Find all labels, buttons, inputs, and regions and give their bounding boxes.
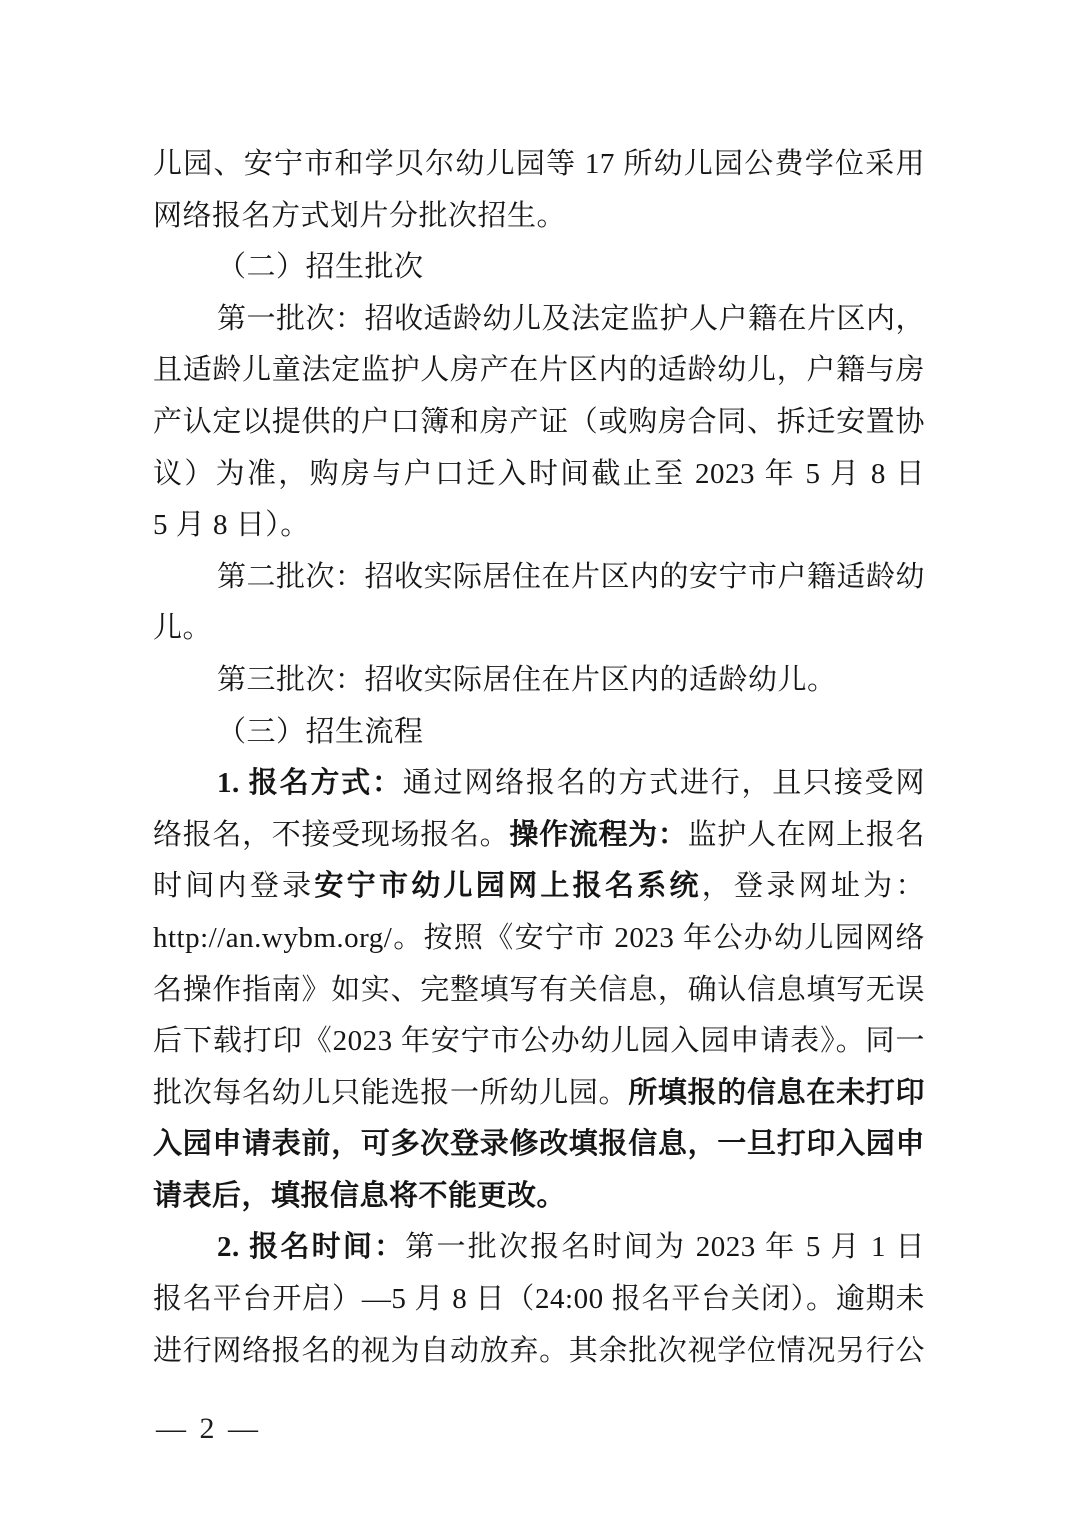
text-line: 网络报名方式划片分批次招生。 — [153, 191, 925, 243]
bold-text-run: 入园申请表前，可多次登录修改填报信息，一旦打印入园申 — [153, 1128, 925, 1160]
text-line: 进行网络报名的视为自动放弃。其余批次视学位情况另行公 — [153, 1326, 925, 1378]
text-line: 议）为准，购房与户口迁入时间截止至 2023 年 5 月 8 日（含 — [153, 449, 925, 501]
text-run: 网络报名方式划片分批次招生。 — [153, 200, 566, 232]
heading-enrollment-batches: （二）招生批次 — [153, 242, 925, 294]
text-run: 且适龄儿童法定监护人房产在片区内的适龄幼儿，户籍与房 — [153, 354, 925, 386]
text-line: 请表后，填报信息将不能更改。 — [153, 1171, 925, 1223]
text-run: 监护人在网上报名 — [688, 819, 925, 851]
text-line: 1. 报名方式：通过网络报名的方式进行，且只接受网 — [153, 758, 925, 810]
text-line: 儿园、安宁市和学贝尔幼儿园等 17 所幼儿园公费学位采用 — [153, 139, 925, 191]
heading-enrollment-process: （三）招生流程 — [153, 707, 925, 759]
text-run: 时间内登录 — [153, 870, 314, 902]
text-run: 5 月 8 日）。 — [153, 509, 310, 541]
text-run: 后下载打印《2023 年安宁市公办幼儿园入园申请表》。同一 — [153, 1025, 925, 1057]
text-run: ，登录网址为： — [702, 870, 925, 902]
text-run: 第一批次：招收适龄幼儿及法定监护人户籍在片区内， — [217, 303, 925, 335]
text-line: http://an.wybm.org/。按照《安宁市 2023 年公办幼儿园网络… — [153, 913, 925, 965]
text-line: 后下载打印《2023 年安宁市公办幼儿园入园申请表》。同一 — [153, 1016, 925, 1068]
text-run: 第二批次：招收实际居住在片区内的安宁市户籍适龄幼 — [217, 561, 925, 593]
bold-text-run: 操作流程为： — [509, 819, 687, 851]
text-line: 产认定以提供的户口簿和房产证（或购房合同、拆迁安置协 — [153, 397, 925, 449]
text-line: 报名平台开启）—5 月 8 日（24:00 报名平台关闭）。逾期未 — [153, 1274, 925, 1326]
text-line: 络报名，不接受现场报名。操作流程为：监护人在网上报名 — [153, 810, 925, 862]
text-run: （三）招生流程 — [217, 716, 424, 748]
text-run: 进行网络报名的视为自动放弃。其余批次视学位情况另行公 — [153, 1335, 925, 1367]
bold-text-run: 2. 报名时间： — [217, 1231, 405, 1263]
text-line: 第二批次：招收实际居住在片区内的安宁市户籍适龄幼 — [153, 552, 925, 604]
text-line: 批次每名幼儿只能选报一所幼儿园。所填报的信息在未打印 — [153, 1068, 925, 1120]
text-run: 报名平台开启）—5 月 8 日（24:00 报名平台关闭）。逾期未 — [153, 1283, 925, 1315]
text-run: http://an.wybm.org/。按照《安宁市 2023 年公办幼儿园网络… — [153, 922, 925, 965]
text-run: 议）为准，购房与户口迁入时间截止至 2023 年 5 月 8 日（含 — [153, 458, 925, 501]
text-run: 产认定以提供的户口簿和房产证（或购房合同、拆迁安置协 — [153, 406, 925, 438]
text-run: 儿园、安宁市和学贝尔幼儿园等 17 所幼儿园公费学位采用 — [153, 148, 925, 180]
text-run: 通过网络报名的方式进行，且只接受网 — [403, 767, 925, 799]
text-run: 批次每名幼儿只能选报一所幼儿园。 — [153, 1077, 628, 1109]
bold-text-run: 请表后，填报信息将不能更改。 — [153, 1180, 566, 1212]
bold-text-run: 1. 报名方式： — [217, 767, 403, 799]
para-batch-1: 第一批次：招收适龄幼儿及法定监护人户籍在片区内，且适龄儿童法定监护人房产在片区内… — [153, 294, 925, 552]
bold-text-run: 所填报的信息在未打印 — [628, 1077, 925, 1109]
text-line: 第一批次：招收适龄幼儿及法定监护人户籍在片区内， — [153, 294, 925, 346]
para-registration-method: 1. 报名方式：通过网络报名的方式进行，且只接受网络报名，不接受现场报名。操作流… — [153, 758, 925, 1222]
para-registration-time: 2. 报名时间：第一批次报名时间为 2023 年 5 月 1 日（8:00报名平… — [153, 1222, 925, 1377]
document-page: 儿园、安宁市和学贝尔幼儿园等 17 所幼儿园公费学位采用网络报名方式划片分批次招… — [0, 0, 1080, 1527]
text-line: 且适龄儿童法定监护人房产在片区内的适龄幼儿，户籍与房 — [153, 345, 925, 397]
text-run: 儿。 — [153, 612, 212, 644]
text-line: （三）招生流程 — [153, 707, 925, 759]
text-line: 2. 报名时间：第一批次报名时间为 2023 年 5 月 1 日（8:00 — [153, 1222, 925, 1274]
page-number: — 2 — — [156, 1406, 261, 1452]
text-line: 时间内登录安宁市幼儿园网上报名系统，登录网址为： — [153, 861, 925, 913]
text-run: 络报名，不接受现场报名。 — [153, 819, 509, 851]
text-line: （二）招生批次 — [153, 242, 925, 294]
text-line: 入园申请表前，可多次登录修改填报信息，一旦打印入园申 — [153, 1119, 925, 1171]
text-run: （二）招生批次 — [217, 251, 424, 283]
document-body: 儿园、安宁市和学贝尔幼儿园等 17 所幼儿园公费学位采用网络报名方式划片分批次招… — [153, 139, 925, 1377]
text-line: 儿。 — [153, 603, 925, 655]
text-line: 5 月 8 日）。 — [153, 500, 925, 552]
para-batch-3: 第三批次：招收实际居住在片区内的适龄幼儿。 — [153, 655, 925, 707]
text-run: 第三批次：招收实际居住在片区内的适龄幼儿。 — [217, 664, 837, 696]
text-run: 名操作指南》如实、完整填写有关信息，确认信息填写无误 — [153, 974, 925, 1006]
text-line: 第三批次：招收实际居住在片区内的适龄幼儿。 — [153, 655, 925, 707]
para-intro-continuation: 儿园、安宁市和学贝尔幼儿园等 17 所幼儿园公费学位采用网络报名方式划片分批次招… — [153, 139, 925, 242]
bold-text-run: 安宁市幼儿园网上报名系统 — [314, 870, 701, 902]
para-batch-2: 第二批次：招收实际居住在片区内的安宁市户籍适龄幼儿。 — [153, 552, 925, 655]
text-line: 名操作指南》如实、完整填写有关信息，确认信息填写无误 — [153, 965, 925, 1017]
